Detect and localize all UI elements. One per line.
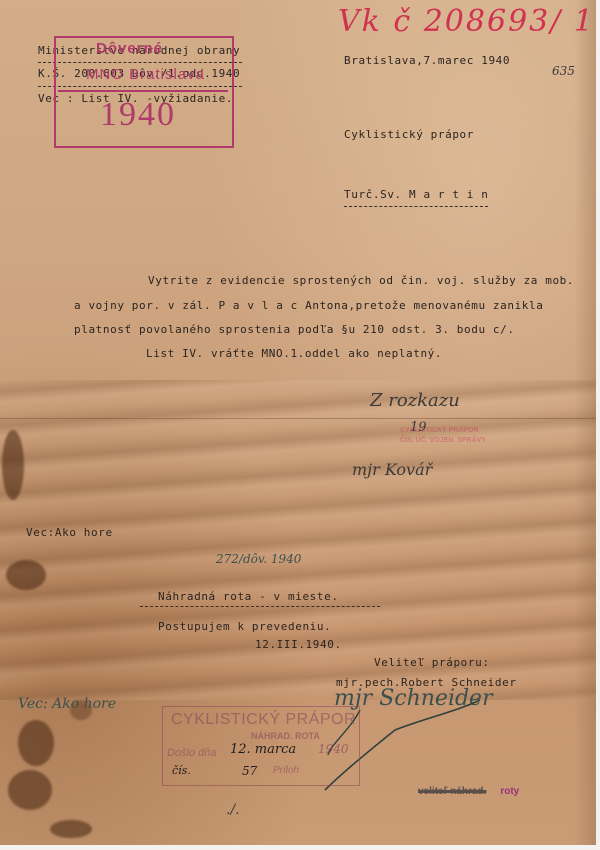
forward-addressee: Náhradná rota - v mieste. <box>158 590 339 603</box>
bottom-marks: ./. <box>226 802 240 818</box>
stain <box>18 720 54 766</box>
signature-title: Veliteľ práporu: <box>374 656 490 669</box>
receipt-number-label: čís. <box>172 764 191 777</box>
place-date: Bratislava,7.marec 1940 <box>344 54 510 67</box>
receipt-subunit: NÁHRAD. ROTA <box>251 731 320 741</box>
fold-line <box>0 418 596 419</box>
confidential-stamp: Dôverné MNO Bratislava 1940 <box>54 36 234 148</box>
handwritten-reference: Vk č 208693/ 1 P <box>338 4 596 39</box>
stamp-label: Dôverné <box>96 40 163 57</box>
receipt-received-label: Došlo dňa <box>167 747 217 759</box>
recipient-unit: Cyklistický prápor <box>344 128 474 141</box>
handwritten-ref: 272/dôv. 1940 <box>216 552 301 566</box>
body-line-1: Vytrite z evidencie sprostených od čin. … <box>148 274 574 287</box>
stamp-year: 1940 <box>100 96 176 134</box>
forward-subject: Vec:Ako hore <box>26 526 113 539</box>
forward-date: 12.III.1940. <box>255 638 342 651</box>
handwritten-initial: mjr Kovář <box>352 460 432 479</box>
stamp-office: MNO Bratislava <box>86 66 205 83</box>
body-line-4: List IV. vráťte MNO.1.oddel ako neplatný… <box>146 347 442 360</box>
struck-text: veliteľ náhrad. <box>418 786 486 797</box>
handwritten-number: 19 <box>410 420 427 435</box>
receipt-number: 57 <box>242 764 257 778</box>
stain <box>6 560 46 590</box>
stain <box>2 430 24 500</box>
divider <box>140 606 380 607</box>
stain <box>50 820 92 838</box>
receipt-unit: CYKLISTICKÝ PRÁPOR <box>171 711 356 729</box>
forward-action: Postupujem k prevedeniu. <box>158 620 331 633</box>
receipt-attachments-label: Príloh <box>273 765 299 776</box>
receipt-year: 1940 <box>318 742 349 756</box>
paper-edge <box>574 0 596 845</box>
small-stamp-line2: ČÍS. ÚČ. VOJEN. SPRÁVY <box>400 436 508 446</box>
body-line-3: platnosť povolaného sprostenia podľa §u … <box>74 323 515 336</box>
sub-number: 635 <box>552 64 575 78</box>
recipient-location: Turč.Sv. M a r t i n <box>344 188 488 201</box>
margin-note: Vec: Ako hore <box>18 696 116 712</box>
struck-stamp: veliteľ náhrad.roty <box>418 786 519 797</box>
stain <box>8 770 52 810</box>
divider <box>344 206 488 207</box>
receipt-date: 12. marca <box>230 742 296 757</box>
stamp-remaining: roty <box>500 786 519 797</box>
document-page: Ministerstvo národnej obrany K.Š. 200.60… <box>0 0 596 845</box>
handwritten-rozkaz: Z rozkazu <box>370 390 460 411</box>
body-line-2: a vojny por. v zál. P a v l a c Antona,p… <box>74 299 543 312</box>
